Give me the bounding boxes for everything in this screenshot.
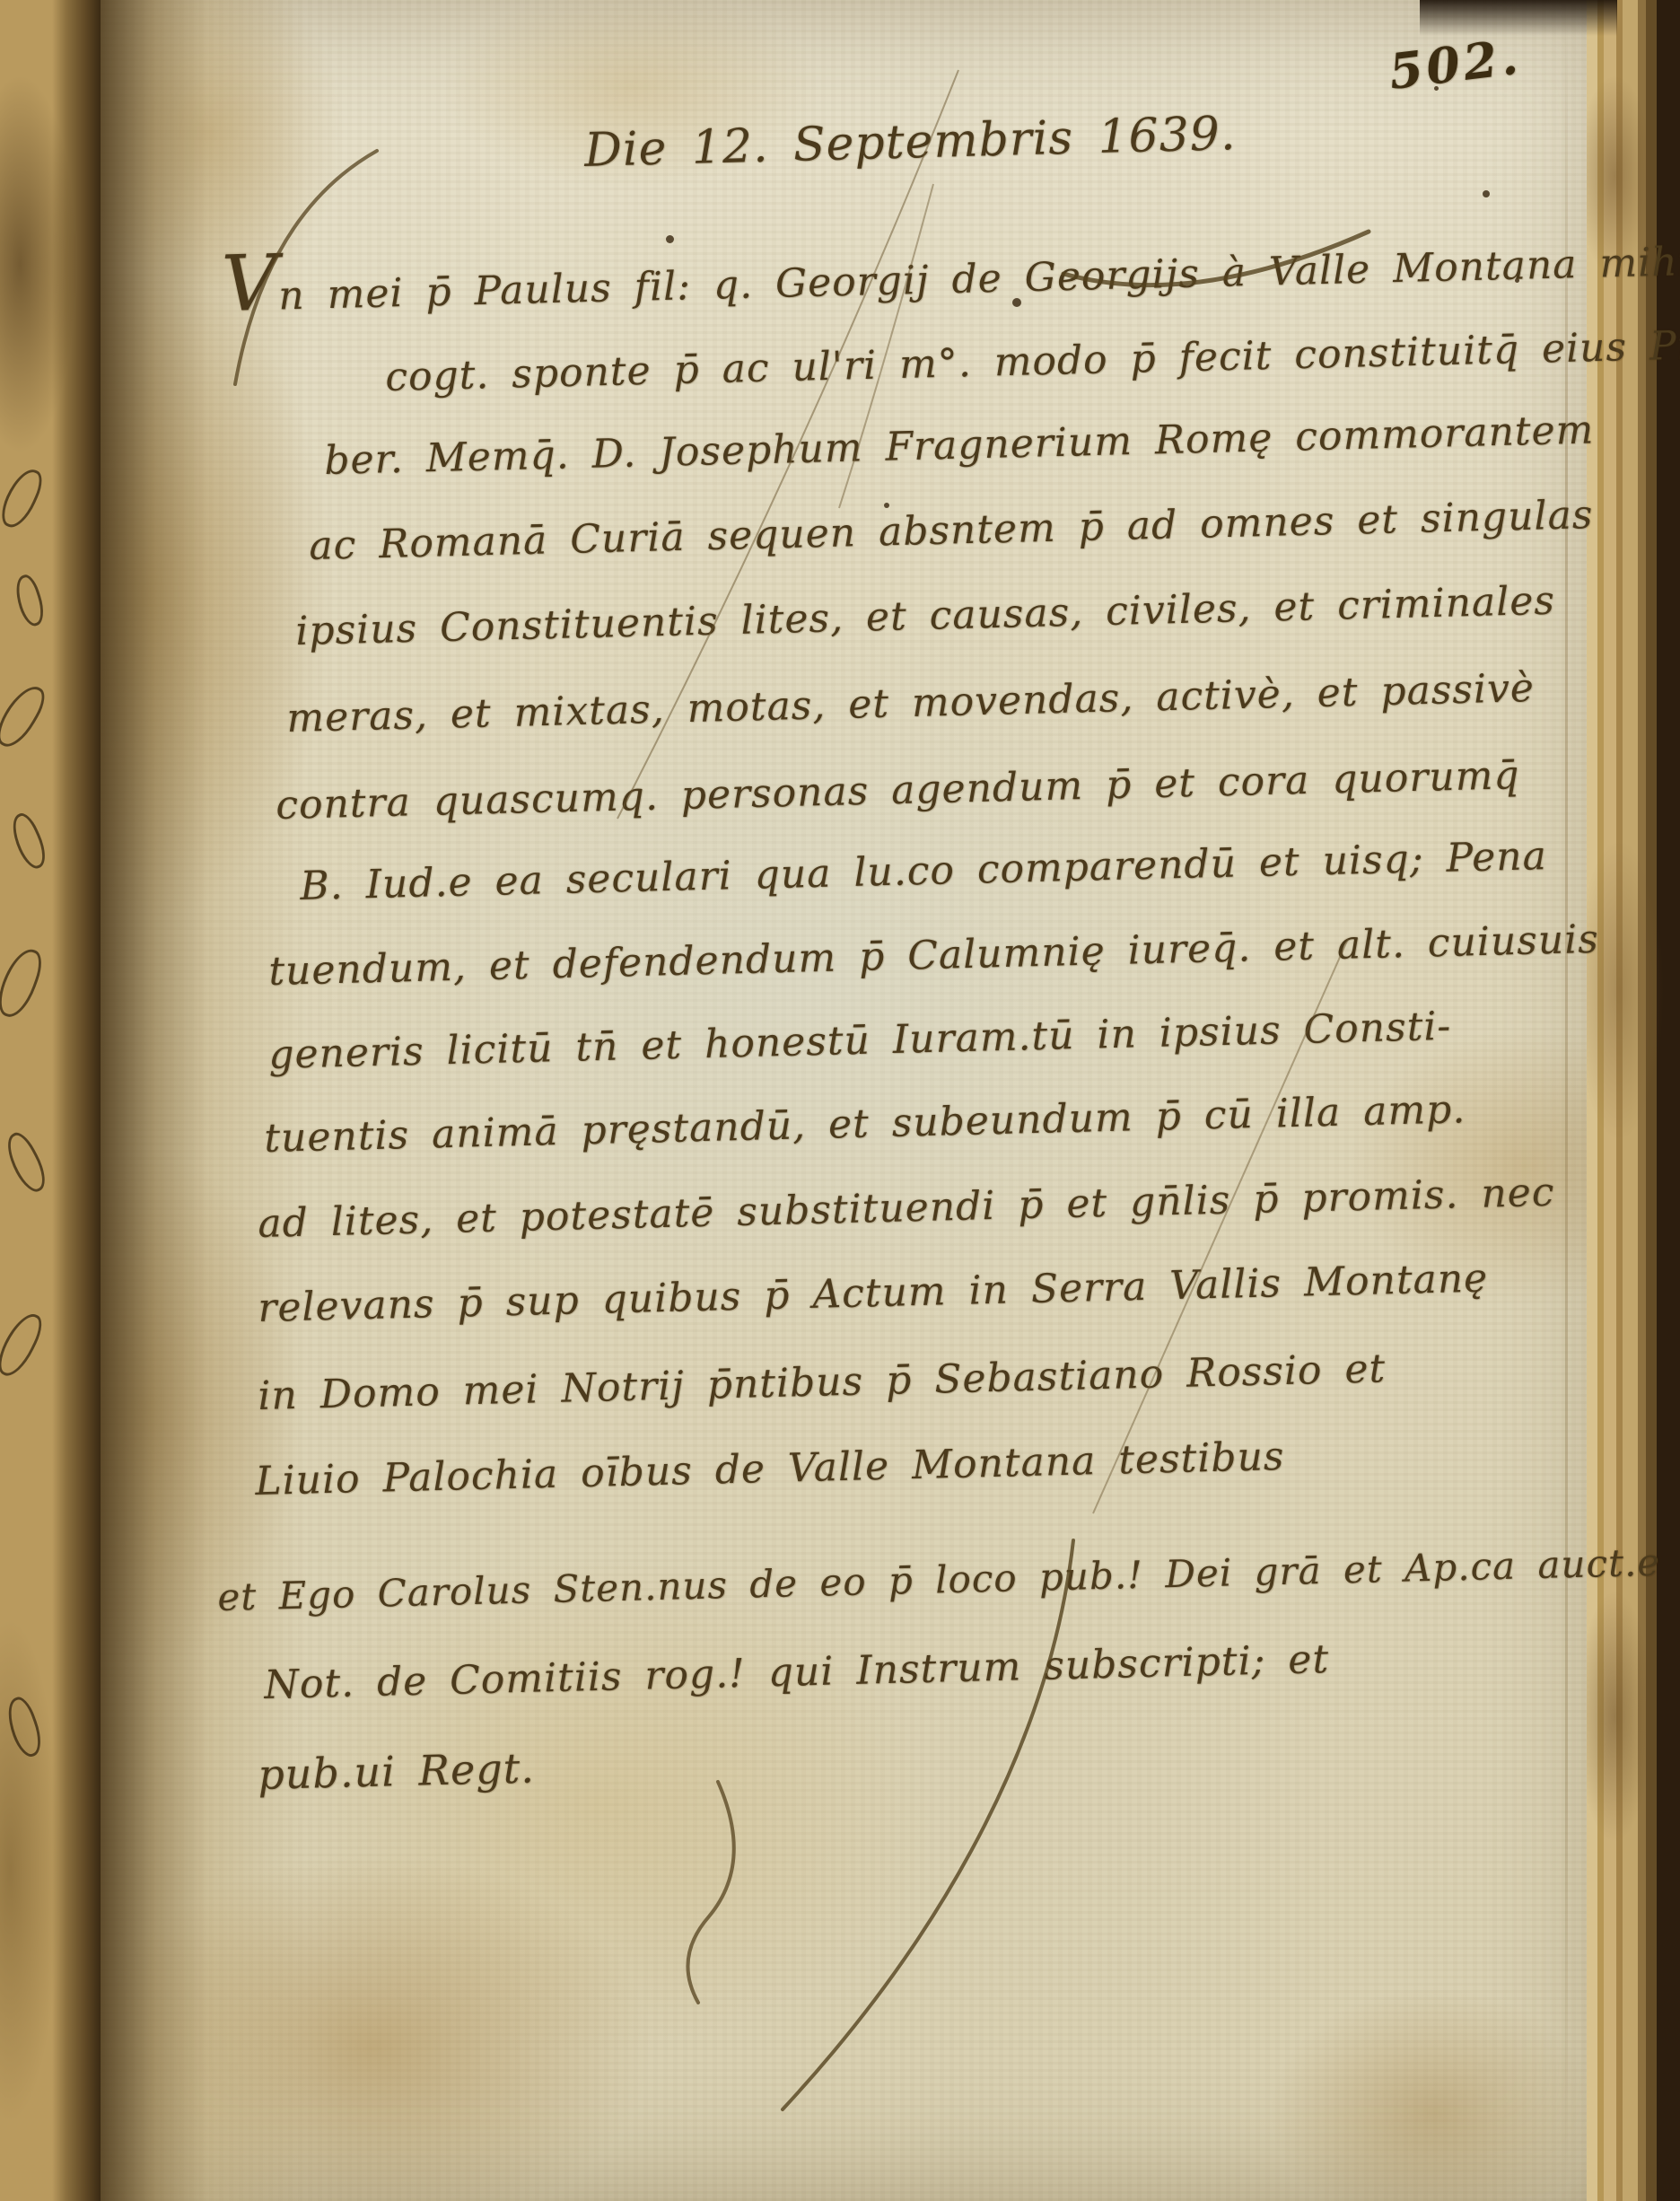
heading-date: Die 12. Septembris 1639. [583,107,1237,178]
manuscript-line: relevans p̄ sup quibus p̄ Actum in Serra… [258,1256,1489,1331]
manuscript-line: generis licitū tn̄ et honestū Iuram.tū i… [268,1004,1452,1078]
manuscript-line: tuendum, et defendendum p̄ Calumnię iure… [268,916,1600,995]
manuscript-photo: 502. Die 12. Septembris 1639. Vn mei p̄ … [0,0,1680,2201]
manuscript-line: ad lites, et potestatē substituendi p̄ e… [258,1170,1555,1247]
manuscript-line: tuentis animā pręstandū, et subeundum p̄… [264,1086,1466,1162]
manuscript-line: cogt. sponte p̄ ac ul'ri m°. modo p̄ fec… [385,319,1680,400]
manuscript-line: contra quascumq. personas agendum p̄ et … [276,752,1520,829]
manuscript-line: Liuio Palochia oībus de Valle Montana te… [255,1434,1285,1504]
manuscript-line: ipsius Constituentis lites, et causas, c… [295,578,1556,654]
manuscript-line: ac Romanā Curiā sequen absntem p̄ ad omn… [309,492,1594,569]
manuscript-line: in Domo mei Notrij p̄ntibus p̄ Sebastian… [258,1346,1387,1419]
manuscript-line: Vn mei p̄ Paulus fil: q. Georgij de Geor… [221,225,1680,320]
handwriting-layer: 502. Die 12. Septembris 1639. Vn mei p̄ … [0,0,1680,2201]
manuscript-line: meras, et mixtas, motas, et movendas, ac… [286,665,1536,741]
manuscript-line: et Ego Carolus Sten.nus de eo p̄ loco pu… [217,1540,1661,1619]
manuscript-line: pub.ui Regt. [258,1743,536,1799]
folio-number: 502. [1386,27,1524,101]
manuscript-line: B. Iud.e ea seculari qua lu.co comparend… [300,833,1548,909]
manuscript-line: ber. Memq̄. D. Josephum Fragnerium Romę … [324,407,1595,484]
manuscript-line: Not. de Comitiis rog.! qui Instrum subsc… [264,1636,1330,1708]
